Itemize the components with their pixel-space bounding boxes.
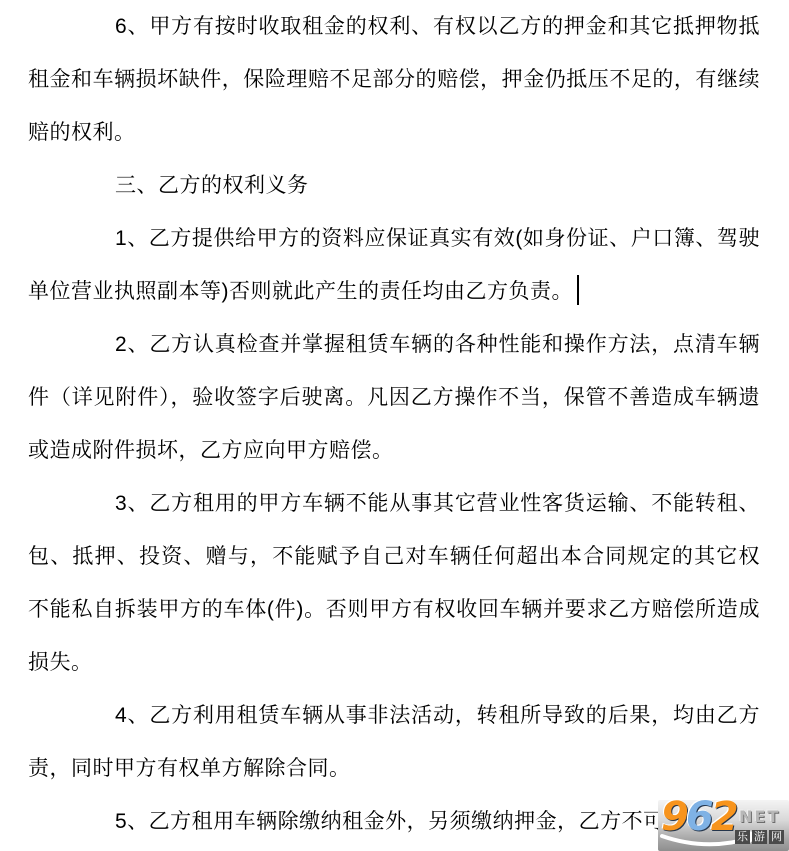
- text-line: 损失。: [28, 636, 760, 689]
- text-line: 2、乙方认真检查并掌握租赁车辆的各种性能和操作方法，点清车辆附: [28, 318, 760, 371]
- text-line-content: 单位营业执照副本等)否则就此产生的责任均由乙方负责。: [28, 280, 573, 303]
- watermark-site-name: 乐 游 网: [735, 830, 784, 844]
- text-line: 单位营业执照副本等)否则就此产生的责任均由乙方负责。: [28, 265, 760, 318]
- text-line: 包、抵押、投资、赠与，不能赋予自己对车辆任何超出本合同规定的其它权利，: [28, 530, 760, 583]
- text-cursor: [577, 275, 579, 305]
- text-line: 件（详见附件），验收签字后驶离。凡因乙方操作不当，保管不善造成车辆遗失: [28, 371, 760, 424]
- text-line: 4、乙方利用租赁车辆从事非法活动，转租所导致的后果，均由乙方负: [28, 689, 760, 742]
- text-line: 1、乙方提供给甲方的资料应保证真实有效(如身份证、户口簿、驾驶证、: [28, 212, 760, 265]
- site-name-char: 游: [752, 830, 767, 844]
- text-line: 3、乙方租用的甲方车辆不能从事其它营业性客货运输、不能转租、转: [28, 477, 760, 530]
- text-line: 不能私自拆装甲方的车体(件)。否则甲方有权收回车辆并要求乙方赔偿所造成的: [28, 583, 760, 636]
- watermark-logo: 962 NET 乐 游 网: [658, 800, 789, 851]
- section-heading: 三、乙方的权利义务: [28, 159, 760, 212]
- text-line: 或造成附件损坏，乙方应向甲方赔偿。: [28, 424, 760, 477]
- text-line: 赔的权利。: [28, 106, 760, 159]
- text-line: 6、甲方有按时收取租金的权利、有权以乙方的押金和其它抵押物抵缴: [28, 0, 760, 53]
- watermark-net-label: NET: [739, 807, 780, 826]
- text-line: 5、乙方租用车辆除缴纳租金外，另须缴纳押金，乙方不可以: [28, 795, 760, 848]
- watermark-962: 962: [661, 800, 736, 840]
- text-line: 责，同时甲方有权单方解除合同。: [28, 742, 760, 795]
- text-line: 租金和车辆损坏缺件，保险理赔不足部分的赔偿，押金仍抵压不足的，有继续索: [28, 53, 760, 106]
- watermark-digit: 2: [711, 800, 736, 840]
- document-content[interactable]: 6、甲方有按时收取租金的权利、有权以乙方的押金和其它抵押物抵缴 租金和车辆损坏缺…: [0, 0, 789, 848]
- watermark-digit: 6: [686, 800, 711, 840]
- site-name-char: 乐: [735, 830, 750, 844]
- site-name-char: 网: [769, 830, 784, 844]
- watermark-digit: 9: [661, 800, 686, 840]
